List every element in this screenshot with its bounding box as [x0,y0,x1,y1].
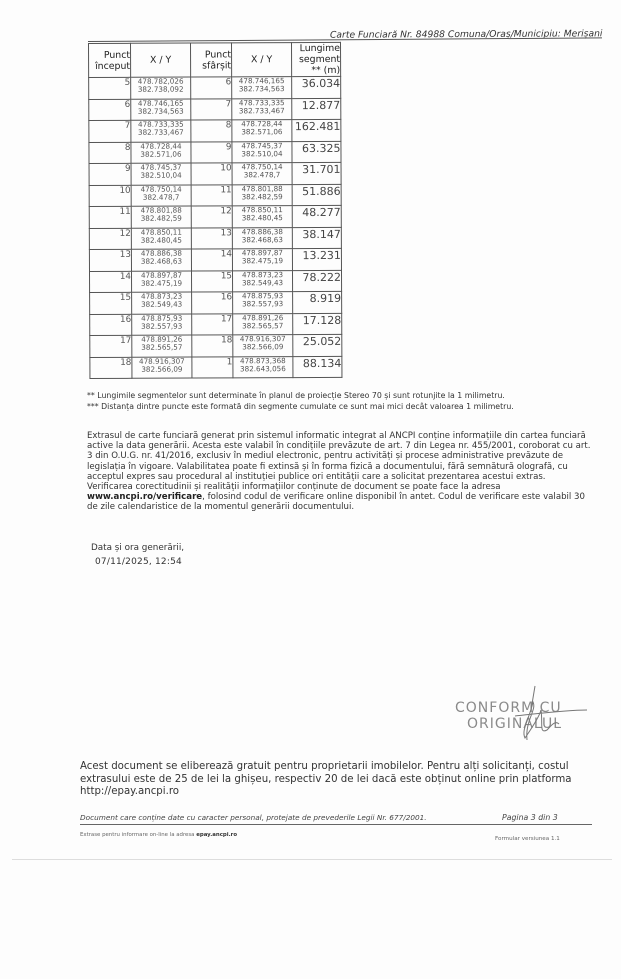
conform-stamp: CONFORM CU ORIGINALUL [455,700,595,740]
y-coordinate: 382.565,57 [242,321,283,330]
start-xy-cell: 478.750,14382.478,7 [131,185,191,207]
start-point-cell: 18 [90,357,132,379]
start-xy-cell: 478.801,88382.482,59 [131,206,191,228]
table-header-row: Punctînceput X / Y Punctsfârșit X / Y Lu… [89,42,341,77]
end-xy-cell: 478.746,165382.734,563 [232,77,292,99]
table-row: 12478.850,11382.480,4513478.886,38382.46… [89,227,341,250]
table-row: 16478.875,93382.557,9317478.891,26382.56… [90,313,342,336]
start-xy-cell: 478.873,23382.549,43 [132,292,192,314]
verification-link[interactable]: www.ancpi.ro/verificare [87,492,202,502]
segment-length-cell: 51.886 [292,184,341,206]
end-xy-cell: 478.801,88382.482,59 [232,184,292,206]
end-point-cell: 17 [192,313,233,335]
y-coordinate: 382.557,93 [242,300,283,309]
start-point-cell: 6 [89,99,131,121]
y-coordinate: 382.478,7 [244,171,281,180]
y-coordinate: 382.733,467 [239,106,285,115]
end-point-cell: 18 [192,335,233,357]
y-coordinate: 382.468,63 [242,235,283,244]
start-xy-cell: 478.897,87382.475,19 [131,271,191,293]
start-point-cell: 17 [90,335,132,357]
col-header-start-point: Punctînceput [89,43,131,77]
start-xy-cell: 478.875,93382.557,93 [132,314,192,336]
online-extract-note: Extrase pentru informare on-line la adre… [80,832,237,838]
end-xy-cell: 478.733,335382.733,467 [232,98,292,120]
start-xy-cell: 478.886,38382.468,63 [131,249,191,271]
y-coordinate: 382.571,06 [241,128,282,137]
footnote-point-distance: *** Distanța dintre puncte este formată … [87,402,514,411]
segment-length-cell: 13.231 [292,248,341,270]
start-xy-cell: 478.728,44382.571,06 [131,142,191,164]
table-row: 5478.782,026382.738,0926478.746,165382.7… [89,76,341,99]
table-row: 6478.746,165382.734,5637478.733,335382.7… [89,98,341,121]
form-version: Formular versiunea 1.1 [495,836,560,842]
table-row: 14478.897,87382.475,1915478.873,23382.54… [89,270,341,293]
col-header-start-xy: X / Y [131,43,191,77]
y-coordinate: 382.733,467 [138,128,184,137]
start-xy-cell: 478.745,37382.510,04 [131,163,191,185]
start-point-cell: 16 [90,314,132,336]
start-point-cell: 11 [89,206,131,228]
end-xy-cell: 478.891,26382.565,57 [233,313,293,335]
end-xy-cell: 478.728,44382.571,06 [232,120,292,142]
table-row: 13478.886,38382.468,6314478.897,87382.47… [89,248,341,271]
y-coordinate: 382.475,19 [242,257,283,266]
table-body: 5478.782,026382.738,0926478.746,165382.7… [89,76,342,378]
segment-length-cell: 31.701 [292,162,341,184]
segment-length-cell: 12.877 [292,98,341,120]
segments-table: Punctînceput X / Y Punctsfârșit X / Y Lu… [88,42,342,379]
generation-datetime: 07/11/2025, 12:54 [95,557,182,567]
end-point-cell: 16 [192,292,233,314]
end-point-cell: 1 [192,356,233,378]
y-coordinate: 382.480,45 [242,214,283,223]
y-coordinate: 382.510,04 [140,171,181,180]
segment-length-cell: 162.481 [292,119,341,141]
table-row: 10478.750,14382.478,711478.801,88382.482… [89,184,341,207]
start-xy-cell: 478.891,26382.565,57 [132,335,192,357]
col-header-end-point: Punctsfârșit [191,43,232,77]
col-header-segment-length: Lungimesegment** (m) [292,42,341,76]
end-point-cell: 7 [191,98,232,120]
end-point-cell: 6 [191,77,232,99]
end-xy-cell: 478.873,23382.549,43 [232,270,292,292]
start-point-cell: 15 [90,292,132,314]
y-coordinate: 382.566,09 [242,343,283,352]
y-coordinate: 382.565,57 [141,343,182,352]
start-xy-cell: 478.850,11382.480,45 [131,228,191,250]
table-row: 7478.733,335382.733,4678478.728,44382.57… [89,119,341,142]
end-xy-cell: 478.916,307382.566,09 [233,335,293,357]
privacy-notice: Document care conține date cu caracter p… [80,813,427,822]
start-point-cell: 8 [89,142,131,164]
y-coordinate: 382.468,63 [141,257,182,266]
y-coordinate: 382.549,43 [141,300,182,309]
start-point-cell: 10 [89,185,131,207]
end-xy-cell: 478.850,11382.480,45 [232,206,292,228]
page-number: Pagina 3 din 3 [502,813,558,822]
end-xy-cell: 478.875,93382.557,93 [233,292,293,314]
start-point-cell: 7 [89,120,131,142]
start-point-cell: 12 [89,228,131,250]
table-row: 9478.745,37382.510,0410478.750,14382.478… [89,162,341,185]
end-point-cell: 14 [191,249,232,271]
end-point-cell: 13 [191,227,232,249]
segment-length-cell: 78.222 [292,270,341,292]
y-coordinate: 382.738,092 [138,85,184,94]
start-xy-cell: 478.782,026382.738,092 [131,77,191,99]
footnote-segment-length: ** Lungimile segmentelor sunt determinat… [87,391,505,400]
end-point-cell: 11 [191,184,232,206]
end-xy-cell: 478.745,37382.510,04 [232,141,292,163]
start-point-cell: 14 [89,271,131,293]
start-point-cell: 13 [89,249,131,271]
start-xy-cell: 478.733,335382.733,467 [131,120,191,142]
scan-edge-line [12,859,612,860]
table-row: 8478.728,44382.571,069478.745,37382.510,… [89,141,341,164]
table-row: 15478.873,23382.549,4316478.875,93382.55… [90,291,342,314]
y-coordinate: 382.734,563 [138,106,184,115]
start-xy-cell: 478.746,165382.734,563 [131,99,191,121]
start-point-cell: 9 [89,163,131,185]
y-coordinate: 382.480,45 [141,235,182,244]
verification-intro: Verificarea corectitudinii și realității… [87,482,501,492]
y-coordinate: 382.510,04 [241,149,282,158]
y-coordinate: 382.566,09 [141,364,182,373]
end-point-cell: 12 [191,206,232,228]
end-xy-cell: 478.886,38382.468,63 [232,227,292,249]
validity-text: Extrasul de carte funciară generat prin … [87,431,591,482]
y-coordinate: 382.643,056 [240,364,286,373]
col-header-end-xy: X / Y [232,43,292,77]
segment-length-cell: 25.052 [293,334,342,356]
y-coordinate: 382.734,563 [239,85,285,94]
end-point-cell: 8 [191,120,232,142]
end-xy-cell: 478.750,14382.478,7 [232,163,292,185]
y-coordinate: 382.482,59 [242,192,283,201]
segment-length-cell: 88.134 [293,356,342,378]
table-row: 17478.891,26382.565,5718478.916,307382.5… [90,334,342,357]
segment-length-cell: 17.128 [293,313,342,335]
segment-length-cell: 48.277 [292,205,341,227]
segment-length-cell: 38.147 [292,227,341,249]
generation-label: Data și ora generării, [91,543,184,553]
y-coordinate: 382.571,06 [140,149,181,158]
table-row: 11478.801,88382.482,5912478.850,11382.48… [89,205,341,228]
y-coordinate: 382.478,7 [143,193,180,202]
end-point-cell: 9 [191,141,232,163]
start-xy-cell: 478.916,307382.566,09 [132,357,192,379]
y-coordinate: 382.475,19 [141,278,182,287]
fee-notice: Acest document se eliberează gratuit pen… [80,761,600,799]
validity-paragraph: Extrasul de carte funciară generat prin … [87,431,595,513]
y-coordinate: 382.549,43 [242,278,283,287]
footer-rule [80,824,592,825]
end-xy-cell: 478.873,368382.643,056 [233,356,293,378]
segment-length-cell: 8.919 [293,291,342,313]
end-point-cell: 10 [191,163,232,185]
table-row: 18478.916,307382.566,091478.873,368382.6… [90,356,342,379]
y-coordinate: 382.482,59 [141,214,182,223]
signature-icon [455,680,595,750]
start-point-cell: 5 [89,77,131,99]
end-xy-cell: 478.897,87382.475,19 [232,249,292,271]
end-point-cell: 15 [191,270,232,292]
y-coordinate: 382.557,93 [141,321,182,330]
segment-length-cell: 36.034 [292,76,341,98]
segment-length-cell: 63.325 [292,141,341,163]
epay-link[interactable]: epay.ancpi.ro [196,832,237,838]
